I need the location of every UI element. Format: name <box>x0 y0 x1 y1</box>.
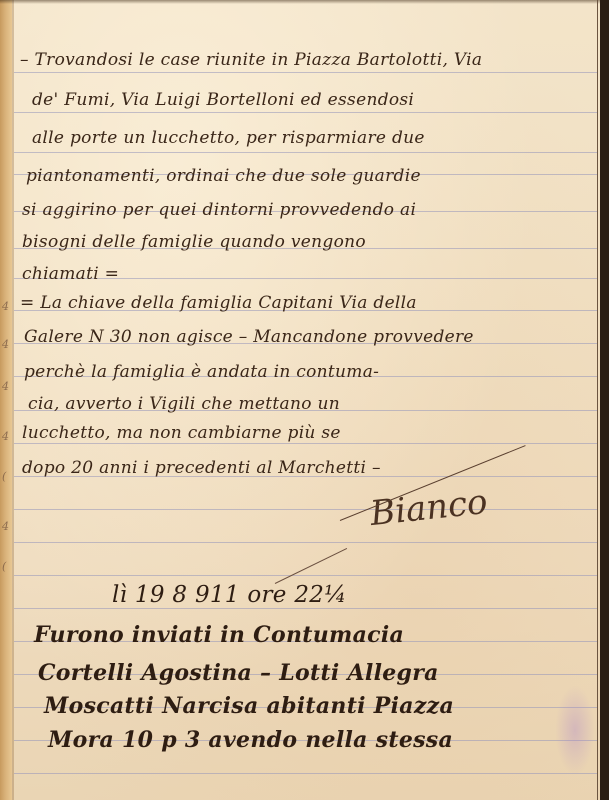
text-line: cia, avverto i Vigili che mettano un <box>28 394 340 414</box>
text-line: dopo 20 anni i precedenti al Marchetti – <box>22 458 381 478</box>
text-line: lucchetto, ma non cambiarne più se <box>22 423 341 443</box>
ink-stamp-smudge <box>555 685 595 775</box>
text-line: alle porte un lucchetto, per risparmiare… <box>32 128 425 148</box>
text-line: = La chiave della famiglia Capitani Via … <box>20 293 417 313</box>
margin-mark: ( <box>2 470 6 483</box>
margin-mark: 4 <box>2 300 9 313</box>
text-line: chiamati = <box>22 264 119 284</box>
ruled-line <box>14 112 597 113</box>
text-line: si aggirino per quei dintorni provvedend… <box>22 200 416 220</box>
text-line: Moscatti Narcisa abitanti Piazza <box>44 693 454 719</box>
ruled-line <box>14 72 597 73</box>
text-line: Cortelli Agostina – Lotti Allegra <box>38 660 439 686</box>
text-line: – Trovandosi le case riunite in Piazza B… <box>20 50 482 70</box>
binding-edge <box>12 0 14 800</box>
ruled-line <box>14 443 597 444</box>
top-shadow <box>0 0 600 4</box>
ruled-line <box>14 509 597 510</box>
ruled-line <box>14 542 597 543</box>
date-line: lì 19 8 911 ore 22¼ <box>112 582 347 608</box>
text-line: Furono inviati in Contumacia <box>34 622 404 648</box>
text-line: Mora 10 p 3 avendo nella stessa <box>48 727 453 753</box>
text-line: de' Fumi, Via Luigi Bortelloni ed essend… <box>32 90 414 110</box>
page-binding <box>0 0 12 800</box>
ruled-line <box>14 575 597 576</box>
ruled-line <box>14 152 597 153</box>
margin-mark: 4 <box>2 380 9 393</box>
margin-mark: ( <box>2 560 6 573</box>
text-line: piantonamenti, ordinai che due sole guar… <box>26 166 421 186</box>
ledger-page: 4 4 4 4 ( 4 ( – Trovandosi le case riuni… <box>0 0 600 800</box>
page-edge-rule <box>597 0 598 800</box>
book-edge <box>600 0 609 800</box>
signature-tail <box>275 548 347 584</box>
ruled-line <box>14 773 597 774</box>
text-line: perchè la famiglia è andata in contuma- <box>24 362 379 382</box>
margin-mark: 4 <box>2 520 9 533</box>
text-line: bisogni delle famiglie quando vengono <box>22 232 366 252</box>
ruled-line <box>14 608 597 609</box>
signature: Bianco <box>368 482 489 534</box>
text-line: Galere N 30 non agisce – Mancandone prov… <box>24 327 474 347</box>
margin-mark: 4 <box>2 338 9 351</box>
margin-mark: 4 <box>2 430 9 443</box>
